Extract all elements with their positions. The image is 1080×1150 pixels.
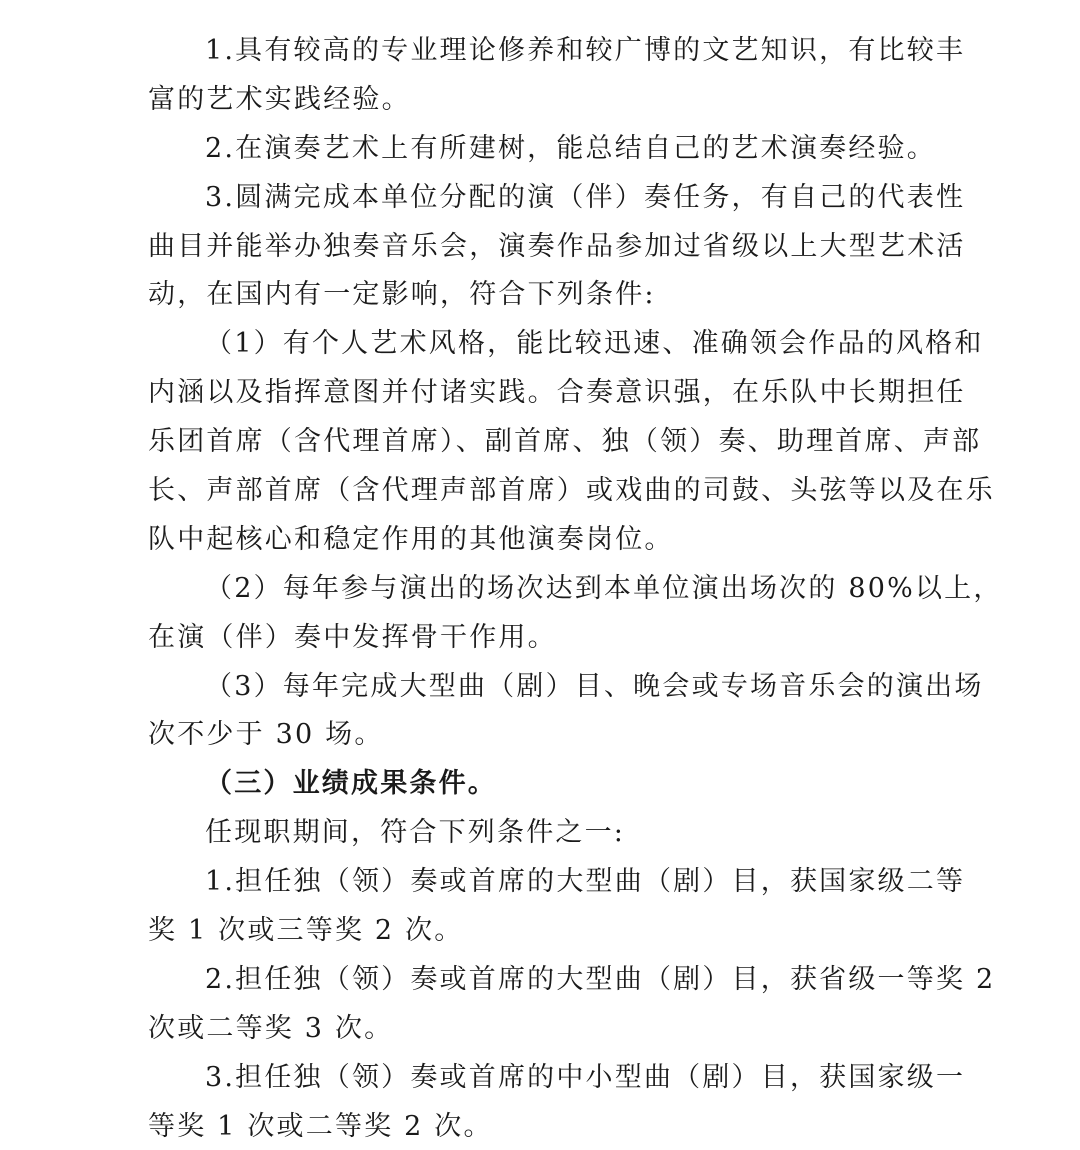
paragraph-award-3-line-2: 等奖 1 次或二等奖 2 次。: [148, 1103, 948, 1150]
paragraph-sub-1-line-2: 内涵以及指挥意图并付诸实践。合奏意识强，在乐队中长期担任: [148, 369, 945, 418]
paragraph-item-3-line-3: 动，在国内有一定影响，符合下列条件:: [148, 271, 948, 320]
paragraph-sub-1-line-3: 乐团首席（含代理首席）、副首席、独（领）奏、助理首席、声部: [148, 418, 945, 467]
paragraph-sub-2-line-1: （2）每年参与演出的场次达到本单位演出场次的 80%以上，: [148, 565, 945, 614]
paragraph-sub-1-line-5: 队中起核心和稳定作用的其他演奏岗位。: [148, 516, 948, 565]
document-page: 1.具有较高的专业理论修养和较广博的文艺知识，有比较丰 富的艺术实践经验。 2.…: [148, 27, 948, 1150]
paragraph-award-2-line-2: 次或二等奖 3 次。: [148, 1005, 948, 1054]
paragraph-sub-2-line-2: 在演（伴）奏中发挥骨干作用。: [148, 614, 948, 663]
paragraph-item-3-line-1: 3.圆满完成本单位分配的演（伴）奏任务，有自己的代表性: [148, 174, 945, 223]
paragraph-award-3-line-1: 3.担任独（领）奏或首席的中小型曲（剧）目，获国家级一: [148, 1054, 945, 1103]
paragraph-award-2-line-1: 2.担任独（领）奏或首席的大型曲（剧）目，获省级一等奖 2: [148, 956, 945, 1005]
paragraph-intro-line-1: 任现职期间，符合下列条件之一:: [148, 809, 948, 858]
paragraph-award-1-line-1: 1.担任独（领）奏或首席的大型曲（剧）目，获国家级二等: [148, 858, 945, 907]
paragraph-item-1-line-2: 富的艺术实践经验。: [148, 76, 948, 125]
paragraph-item-2-line-1: 2.在演奏艺术上有所建树，能总结自己的艺术演奏经验。: [148, 125, 948, 174]
paragraph-award-1-line-2: 奖 1 次或三等奖 2 次。: [148, 907, 948, 956]
section-heading: （三）业绩成果条件。: [148, 760, 948, 809]
paragraph-sub-1-line-1: （1）有个人艺术风格，能比较迅速、准确领会作品的风格和: [148, 320, 945, 369]
paragraph-item-1-line-1: 1.具有较高的专业理论修养和较广博的文艺知识，有比较丰: [148, 27, 945, 76]
paragraph-item-3-line-2: 曲目并能举办独奏音乐会，演奏作品参加过省级以上大型艺术活: [148, 223, 945, 272]
paragraph-sub-1-line-4: 长、声部首席（含代理声部首席）或戏曲的司鼓、头弦等以及在乐: [148, 467, 945, 516]
paragraph-sub-3-line-1: （3）每年完成大型曲（剧）目、晚会或专场音乐会的演出场: [148, 663, 945, 712]
paragraph-sub-3-line-2: 次不少于 30 场。: [148, 711, 948, 760]
